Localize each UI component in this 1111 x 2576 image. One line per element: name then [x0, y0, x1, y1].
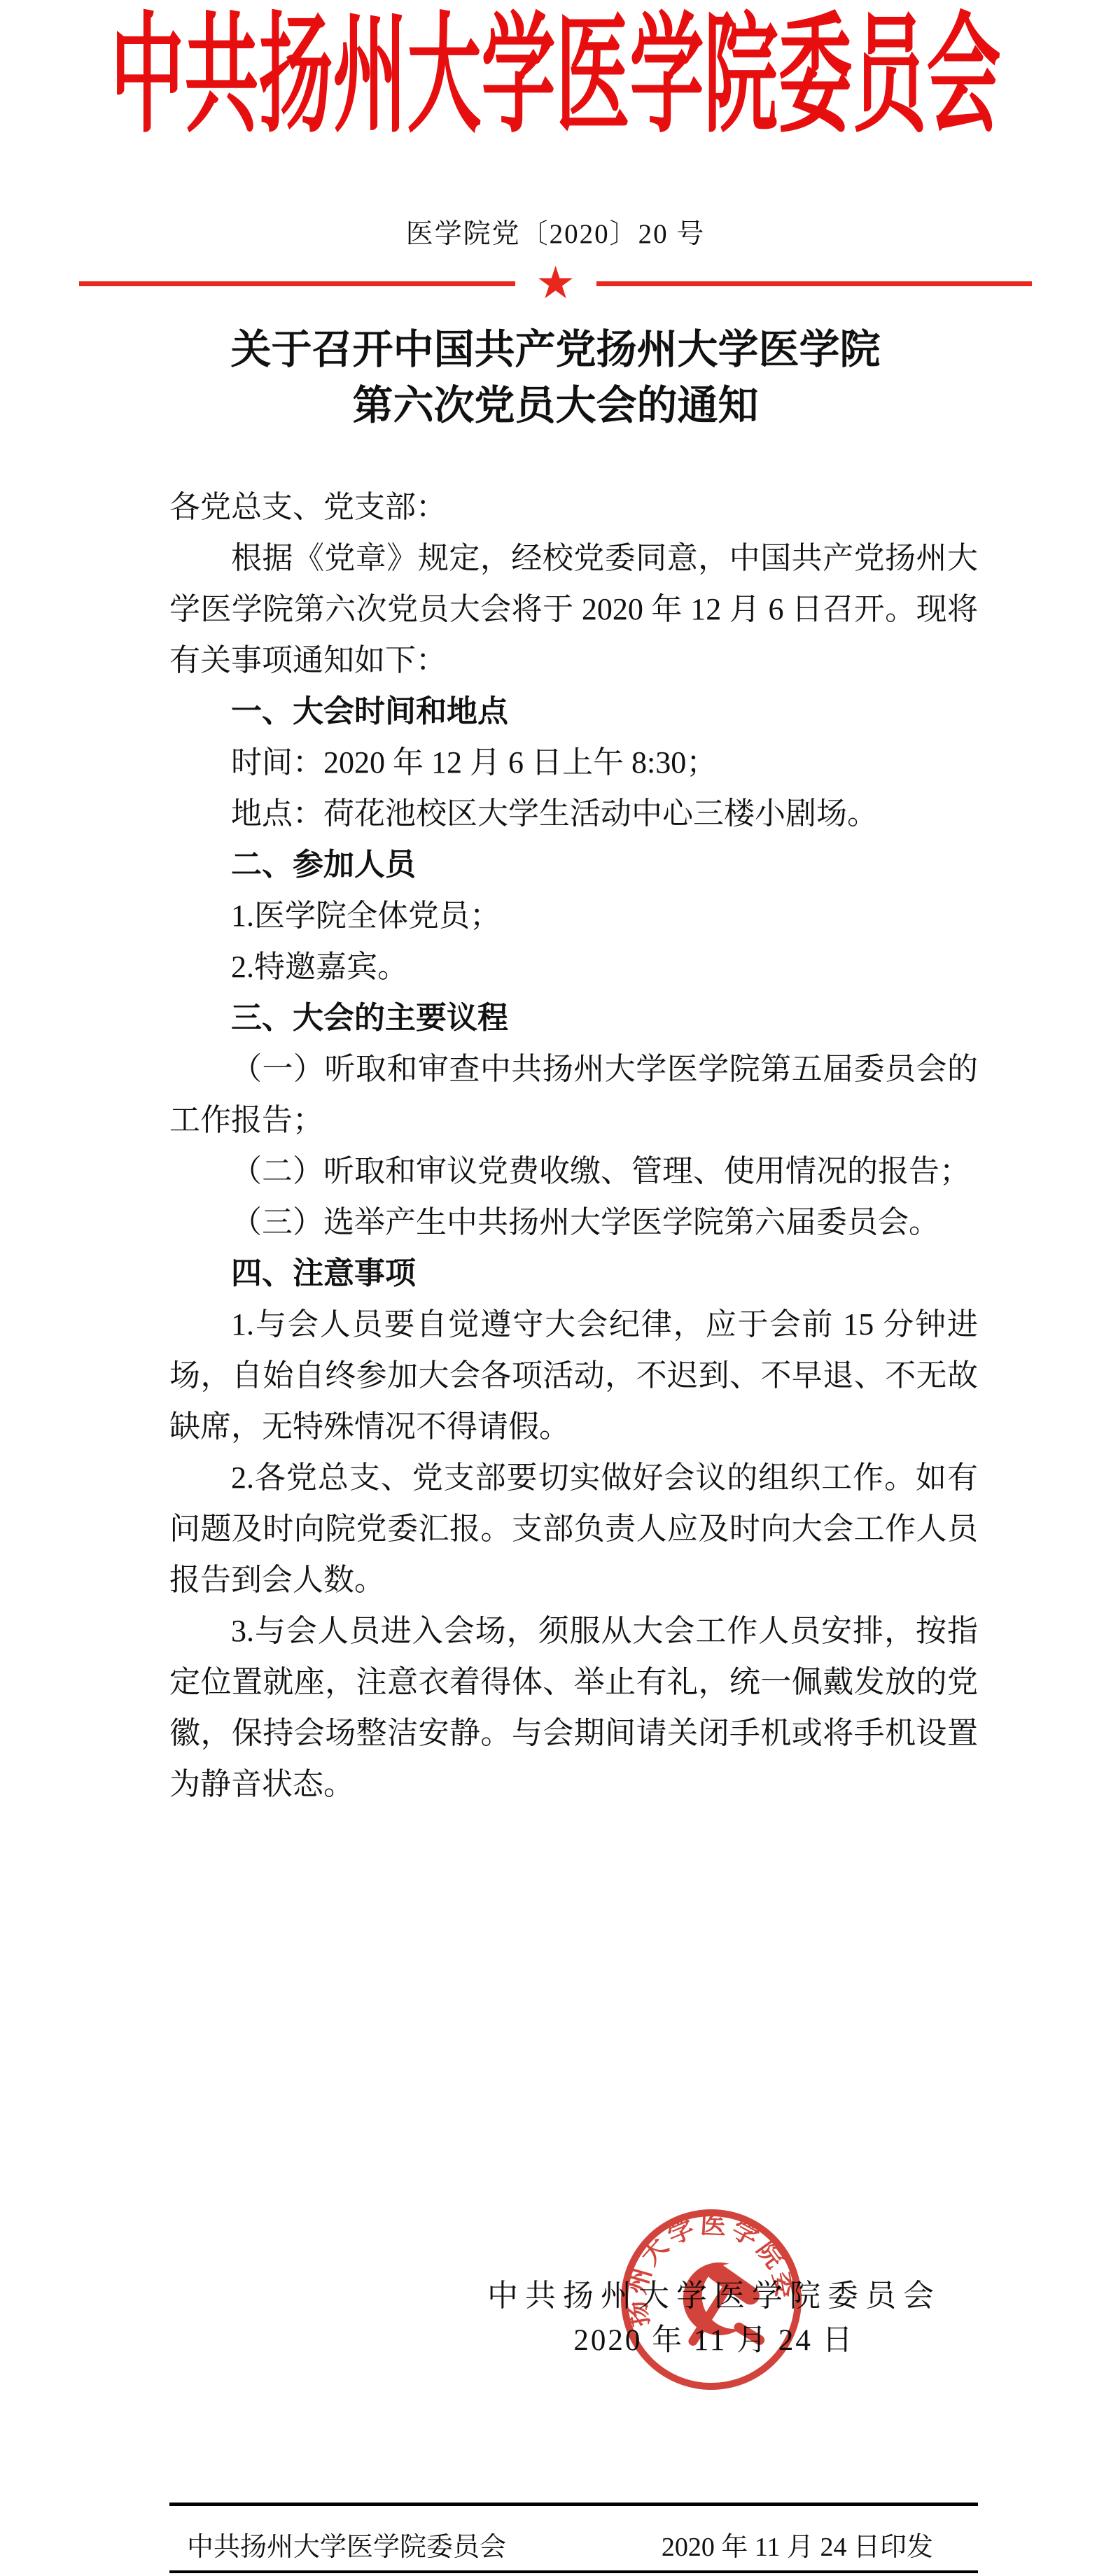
red-divider-left-segment — [79, 281, 515, 286]
footer-rule-bottom — [169, 2570, 978, 2573]
doc-number: 医学院党〔2020〕20 号 — [0, 212, 1111, 251]
body-para: 3.与会人员进入会场，须服从大会工作人员安排，按指定位置就座，注意衣着得体、举止… — [169, 1605, 978, 1810]
body-heading: 一、大会时间和地点 — [169, 686, 978, 737]
footer-rule-top — [169, 2503, 978, 2506]
body-para: 地点：荷花池校区大学生活动中心三楼小剧场。 — [169, 788, 978, 839]
red-divider-right-segment — [596, 281, 1033, 286]
masthead-org-title: 中共扬州大学医学院委员会 — [0, 8, 1111, 145]
red-divider: ★ — [79, 263, 1032, 304]
footer-print-date: 2020 年 11 月 24 日印发 — [662, 2525, 933, 2563]
hammer-sickle-icon — [678, 2258, 760, 2352]
body-para: 时间：2020 年 12 月 6 日上午 8:30； — [169, 737, 978, 788]
body-salutation: 各党总支、党支部： — [169, 481, 978, 533]
body-para: 2.各党总支、党支部要切实做好会议的组织工作。如有问题及时向院党委汇报。支部负责… — [169, 1452, 978, 1605]
notice-title: 关于召开中国共产党扬州大学医学院 第六次党员大会的通知 — [0, 322, 1111, 434]
body-para: 根据《党章》规定，经校党委同意，中国共产党扬州大学医学院第六次党员大会将于 20… — [169, 533, 978, 686]
footer-issuer: 中共扬州大学医学院委员会 — [187, 2525, 506, 2563]
body-para: （一）听取和审查中共扬州大学医学院第五届委员会的工作报告； — [169, 1043, 978, 1146]
body-para: 1.医学院全体党员； — [169, 890, 978, 941]
body-para: 2.特邀嘉宾。 — [169, 941, 978, 992]
body-para: 1.与会人员要自觉遵守大会纪律，应于会前 15 分钟进场，自始自终参加大会各项活… — [169, 1299, 978, 1452]
notice-title-line1: 关于召开中国共产党扬州大学医学院 — [0, 322, 1111, 378]
official-seal-stamp: 中共扬州大学医学院委员会 — [615, 2203, 808, 2396]
body-heading: 四、注意事项 — [169, 1248, 978, 1299]
footer: 中共扬州大学医学院委员会 2020 年 11 月 24 日印发 — [187, 2525, 933, 2563]
body-para: （二）听取和审议党费收缴、管理、使用情况的报告； — [169, 1146, 978, 1197]
document-page: 中共扬州大学医学院委员会 医学院党〔2020〕20 号 ★ 关于召开中国共产党扬… — [0, 0, 1111, 2576]
body-heading: 二、参加人员 — [169, 839, 978, 890]
star-icon: ★ — [515, 263, 596, 304]
notice-title-line2: 第六次党员大会的通知 — [0, 378, 1111, 434]
body-heading: 三、大会的主要议程 — [169, 992, 978, 1043]
document-body: 各党总支、党支部：根据《党章》规定，经校党委同意，中国共产党扬州大学医学院第六次… — [169, 481, 978, 1810]
body-para: （三）选举产生中共扬州大学医学院第六届委员会。 — [169, 1197, 978, 1248]
